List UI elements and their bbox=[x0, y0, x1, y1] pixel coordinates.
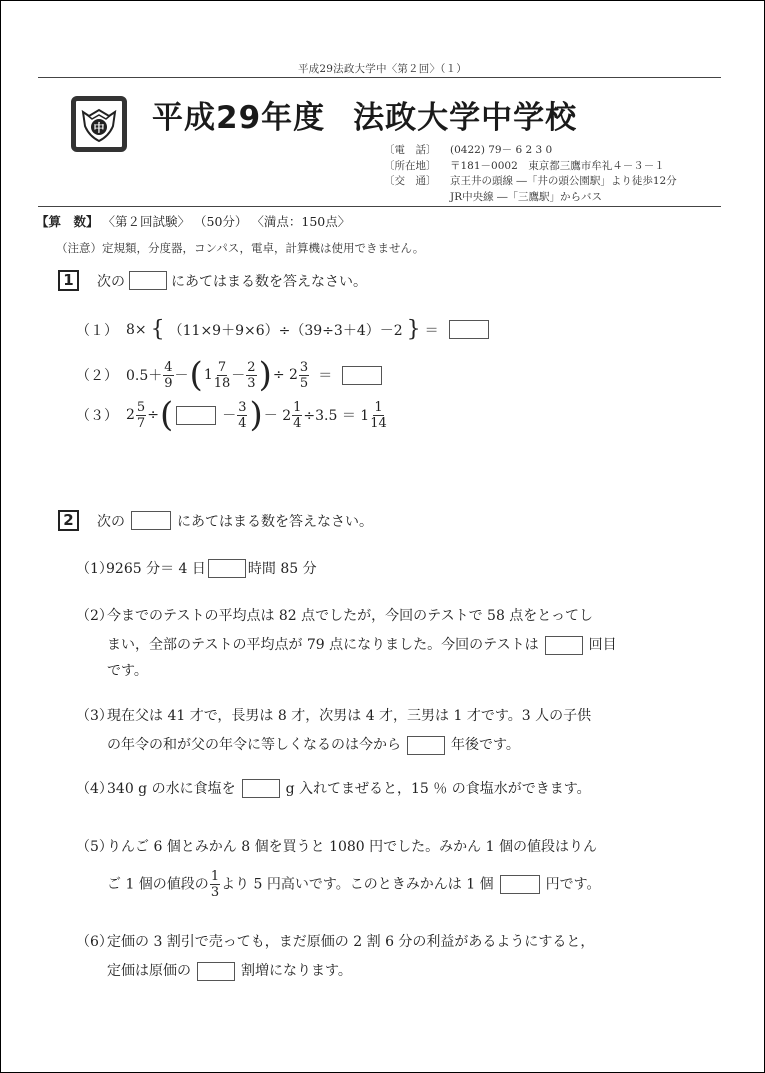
header-rule-top bbox=[38, 77, 721, 78]
s1-question-2: （２） 0.5＋ 49 － ( 1 718 － 23 ) ÷ 2 35 ＝ bbox=[76, 360, 382, 390]
example-answer-box bbox=[131, 511, 171, 530]
answer-box[interactable] bbox=[342, 366, 382, 385]
school-logo: 中 bbox=[71, 96, 127, 152]
crest-icon: 中 bbox=[79, 104, 119, 144]
answer-box[interactable] bbox=[545, 636, 583, 655]
title-year: 平成29年度 bbox=[152, 100, 325, 136]
s1-question-1: （１） 8× { （11×9＋9×6）÷（39÷3＋4）－2 } ＝ bbox=[76, 317, 489, 342]
s2-question-3: （3）現在父は 41 才で，長男は 8 才，次男は 4 才，三男は 1 才です。… bbox=[76, 702, 696, 760]
exam-note: （注意）定規類，分度器，コンパス，電卓，計算機は使用できません。 bbox=[56, 240, 424, 256]
s2-question-6: （6）定価の 3 割引で売っても，まだ原価の 2 割 6 分の利益があるようにす… bbox=[76, 928, 696, 986]
answer-box[interactable] bbox=[500, 875, 540, 894]
full-marks: 〈満点：150点〉 bbox=[251, 214, 350, 229]
contact-address: 〔所在地〕〒181－0002 東京都三鷹市牟礼４－３－１ bbox=[384, 159, 677, 175]
answer-box[interactable] bbox=[449, 320, 489, 339]
school-contact-info: 〔電 話〕(0422) 79－ 6 2 3 0 〔所在地〕〒181－0002 東… bbox=[384, 143, 677, 205]
section-number-badge: 1 bbox=[58, 270, 79, 291]
section-number-badge: 2 bbox=[58, 510, 79, 531]
s2-question-4: （4） 340 g の水に食塩を g 入れてまぜると，15 ％ の食塩水ができま… bbox=[76, 778, 591, 798]
exam-time: （50分） bbox=[194, 214, 247, 229]
contact-access-2: JR中央線 ―「三鷹駅」からバス bbox=[384, 190, 677, 206]
answer-box[interactable] bbox=[197, 962, 235, 981]
contact-access: 〔交 通〕京王井の頭線 ―「井の頭公園駅」より徒歩12分 bbox=[384, 174, 677, 190]
section-1-heading: 1 次の にあてはまる数を答えなさい。 bbox=[58, 270, 367, 291]
s2-question-2: （2）今までのテストの平均点は 82 点でしたが，今回のテストで 58 点をとっ… bbox=[76, 602, 696, 682]
page-title: 平成29年度法政大学中学校 bbox=[152, 92, 577, 137]
s2-question-5: （5）りんご 6 個とみかん 8 個を買うと 1080 円でした。みかん 1 個… bbox=[76, 833, 696, 900]
exam-round: 〈第２回試験〉 bbox=[103, 214, 191, 229]
running-head: 平成29法政大学中〈第２回〉（１） bbox=[0, 61, 765, 76]
subject-line: 【算 数】 〈第２回試験〉 （50分） 〈満点：150点〉 bbox=[36, 212, 350, 230]
title-school: 法政大学中学校 bbox=[353, 100, 577, 136]
header-rule-bottom bbox=[38, 206, 721, 207]
answer-box[interactable] bbox=[407, 736, 445, 755]
contact-phone: 〔電 話〕(0422) 79－ 6 2 3 0 bbox=[384, 143, 677, 159]
svg-text:中: 中 bbox=[94, 121, 105, 135]
answer-box[interactable] bbox=[208, 559, 246, 578]
s2-question-1: （1） 9265 分＝ 4 日 時間 85 分 bbox=[76, 558, 317, 578]
s1-question-3: （３） 2 57 ÷ ( － 34 ) － 2 14 ÷3.5 ＝ 1 114 bbox=[76, 400, 388, 430]
section-2-heading: 2 次の にあてはまる数を答えなさい。 bbox=[58, 510, 373, 531]
answer-box[interactable] bbox=[176, 406, 216, 425]
subject-label: 【算 数】 bbox=[36, 214, 99, 229]
answer-box[interactable] bbox=[242, 779, 280, 798]
example-answer-box bbox=[129, 271, 167, 290]
